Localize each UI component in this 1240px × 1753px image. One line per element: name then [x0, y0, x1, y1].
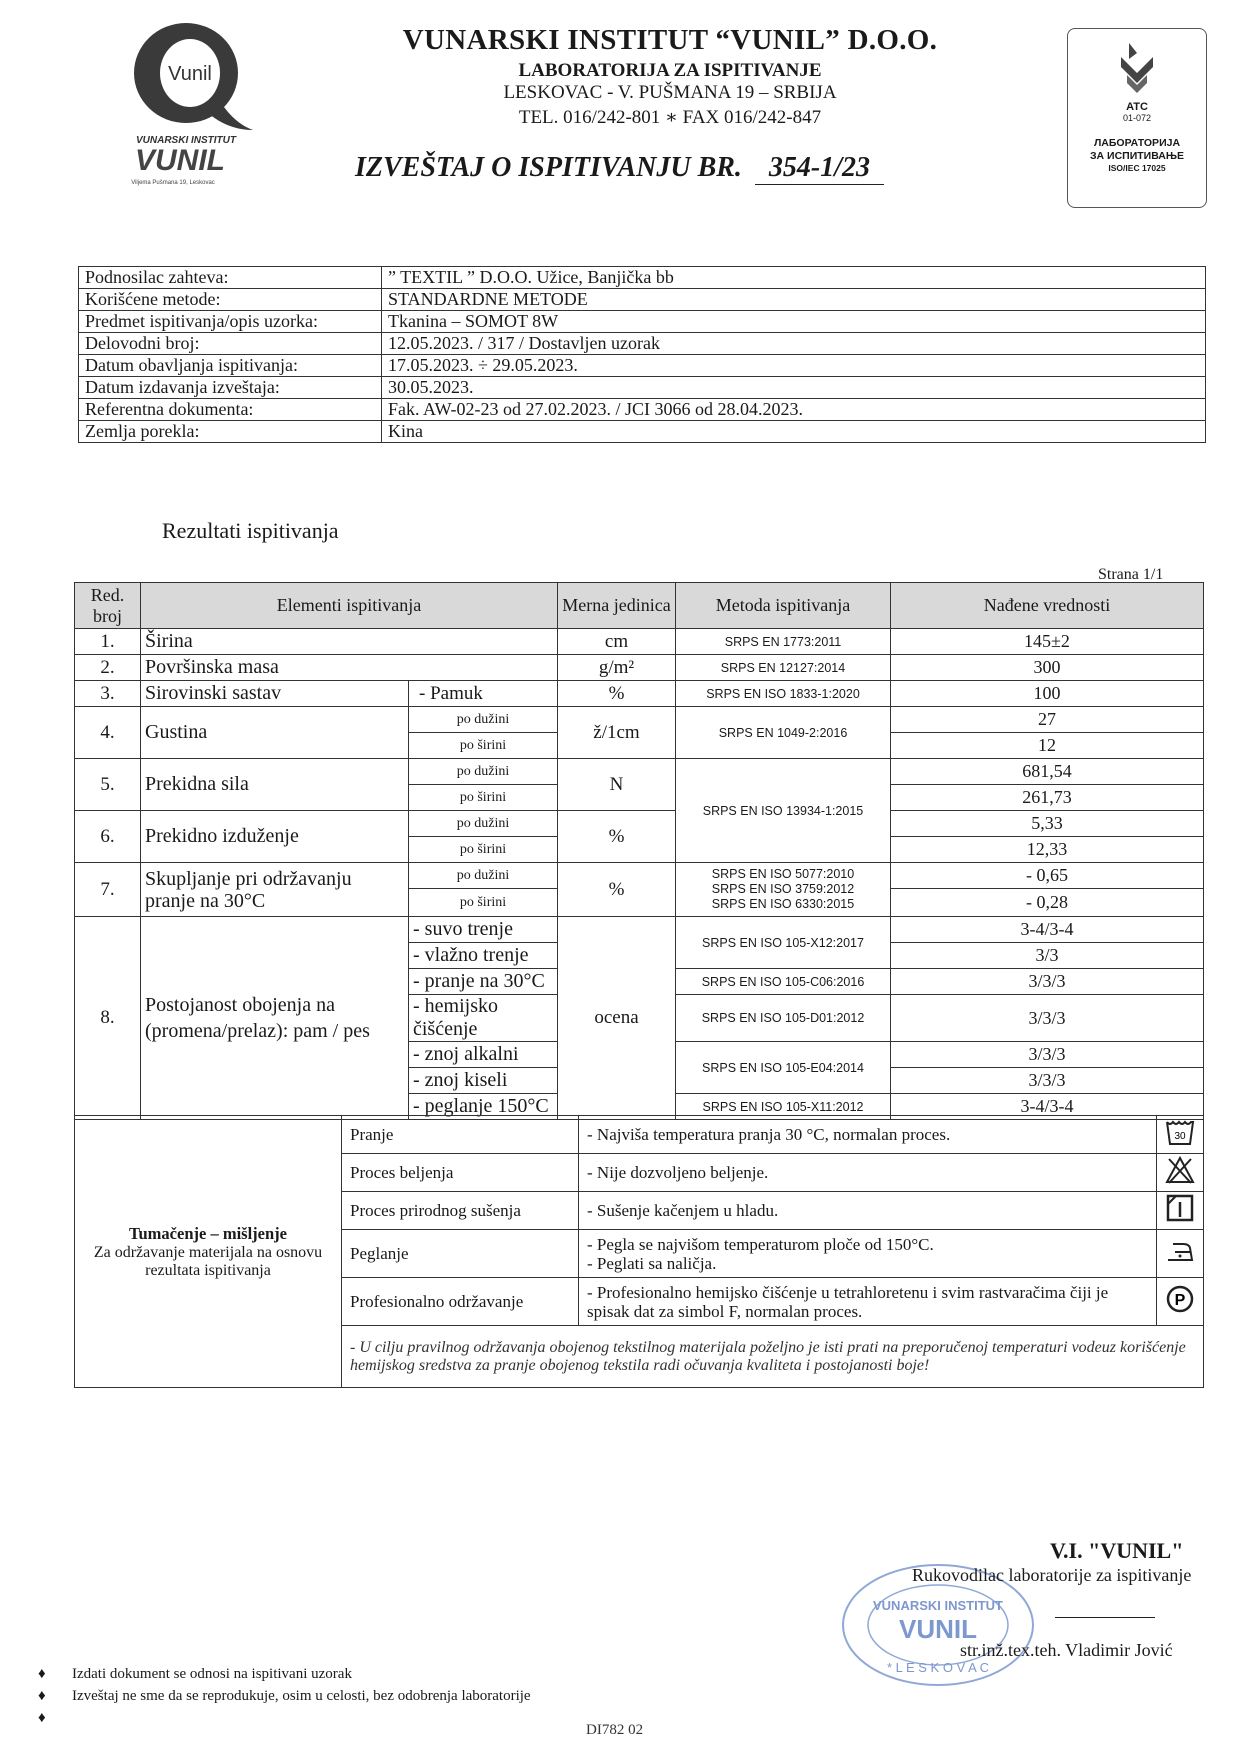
atc-logo-icon [1107, 39, 1167, 99]
info-row: Predmet ispitivanja/opis uzorka:Tkanina … [79, 311, 1206, 333]
info-key: Delovodni broj: [79, 333, 382, 355]
report-title-label: IZVEŠTAJ O ISPITIVANJU BR. [355, 152, 742, 183]
vunil-logo: Vunil VUNARSKI INSTITUT VUNIL Viljema Pu… [118, 18, 268, 188]
header-value: Nađene vrednosti [891, 583, 1204, 629]
table-row: 8. Postojanost obojenja na (promena/prel… [75, 917, 1204, 943]
info-key: Datum izdavanja izveštaja: [79, 377, 382, 399]
info-value: 30.05.2023. [382, 377, 1206, 399]
document-id: DI782 02 [586, 1722, 643, 1739]
results-header-row: Red. broj Elementi ispitivanja Merna jed… [75, 583, 1204, 629]
report-number: 354-1/23 [755, 152, 884, 185]
table-row: 5. Prekidna sila po dužini N SRPS EN ISO… [75, 759, 1204, 785]
info-value: Tkanina – SOMOT 8W [382, 311, 1206, 333]
table-row: 2. Površinska masa g/m² SRPS EN 12127:20… [75, 655, 1204, 681]
svg-text:P: P [1175, 1292, 1186, 1309]
no-bleach-icon [1165, 1155, 1195, 1185]
atc-line1: ЛАБОРАТОРИЈА [1068, 137, 1206, 150]
results-table: Red. broj Elementi ispitivanja Merna jed… [74, 582, 1204, 1120]
table-row: 7. Skupljanje pri održavanju pranje na 3… [75, 863, 1204, 889]
info-row: Datum obavljanja ispitivanja:17.05.2023.… [79, 355, 1206, 377]
info-value: 17.05.2023. ÷ 29.05.2023. [382, 355, 1206, 377]
info-value: ” TEXTIL ” D.O.O. Užice, Banjička bb [382, 267, 1206, 289]
info-row: Podnosilac zahteva:” TEXTIL ” D.O.O. Uži… [79, 267, 1206, 289]
info-key: Zemlja porekla: [79, 421, 382, 443]
atc-iso: ISO/IEC 17025 [1068, 163, 1206, 173]
header-method: Metoda ispitivanja [676, 583, 891, 629]
laboratory-name: LABORATORIJA ZA ISPITIVANJE [380, 60, 960, 82]
info-row: Korišćene metode:STANDARDNE METODE [79, 289, 1206, 311]
atc-line2: ЗА ИСПИТИВАЊЕ [1068, 150, 1206, 163]
signature-organization: V.I. "VUNIL" [1050, 1538, 1183, 1564]
care-note: - U cilju pravilnog održavanja obojenog … [342, 1326, 1204, 1388]
info-value: Kina [382, 421, 1206, 443]
table-row: 4. Gustina po dužini ž/1cm SRPS EN 1049-… [75, 707, 1204, 733]
footer-note-1: ♦Izdati dokument se odnosi na ispitivani… [38, 1666, 352, 1683]
footer-note-2: ♦Izveštaj ne sme da se reprodukuje, osim… [38, 1688, 531, 1705]
info-row: Datum izdavanja izveštaja:30.05.2023. [79, 377, 1206, 399]
info-row: Zemlja porekla:Kina [79, 421, 1206, 443]
footer-note-3: ♦ [38, 1710, 72, 1727]
svg-text:VUNIL: VUNIL [135, 144, 225, 177]
table-row: 6. Prekidno izduženje po dužini % 5,33 [75, 811, 1204, 837]
address: LESKOVAC - V. PUŠMANA 19 – SRBIJA [380, 82, 960, 104]
info-value: Fak. AW-02-23 od 27.02.2023. / JCI 3066 … [382, 399, 1206, 421]
header-unit: Merna jedinica [558, 583, 676, 629]
info-value: STANDARDNE METODE [382, 289, 1206, 311]
interpretation-table: Tumačenje – mišljenje Za održavanje mate… [74, 1115, 1204, 1388]
header-element: Elementi ispitivanja [141, 583, 558, 629]
results-title: Rezultati ispitivanja [162, 518, 339, 544]
line-dry-shade-icon [1165, 1193, 1195, 1223]
iron-low-icon [1165, 1236, 1195, 1266]
info-row: Delovodni broj:12.05.2023. / 317 / Dosta… [79, 333, 1206, 355]
wash-30-icon: 30 [1165, 1117, 1195, 1147]
info-value: 12.05.2023. / 317 / Dostavljen uzorak [382, 333, 1206, 355]
info-key: Referentna dokumenta: [79, 399, 382, 421]
signature-line [1055, 1617, 1155, 1618]
atc-code: 01-072 [1068, 113, 1206, 123]
dry-clean-p-icon: P [1165, 1284, 1195, 1314]
phone-fax: TEL. 016/242-801 ∗ FAX 016/242-847 [380, 106, 960, 129]
info-row: Referentna dokumenta:Fak. AW-02-23 od 27… [79, 399, 1206, 421]
institute-name: VUNARSKI INSTITUT “VUNIL” D.O.O. [380, 24, 960, 57]
report-info-table: Podnosilac zahteva:” TEXTIL ” D.O.O. Uži… [78, 266, 1206, 443]
report-title: IZVEŠTAJ O ISPITIVANJU BR. 354-1/23 [355, 152, 955, 185]
info-key: Datum obavljanja ispitivanja: [79, 355, 382, 377]
table-row: 3. Sirovinski sastav - Pamuk % SRPS EN I… [75, 681, 1204, 707]
accreditation-badge: ATC 01-072 ЛАБОРАТОРИЈА ЗА ИСПИТИВАЊЕ IS… [1067, 28, 1207, 208]
signature-role: Rukovodilac laboratorije za ispitivanje [912, 1565, 1191, 1586]
svg-text:30: 30 [1174, 1131, 1186, 1142]
info-key: Predmet ispitivanja/opis uzorka: [79, 311, 382, 333]
info-key: Korišćene metode: [79, 289, 382, 311]
svg-text:* L E S K O V A C: * L E S K O V A C [887, 1660, 989, 1675]
header-no: Red. broj [75, 583, 141, 629]
info-key: Podnosilac zahteva: [79, 267, 382, 289]
table-row: 1. Širina cm SRPS EN 1773:2011 145±2 [75, 629, 1204, 655]
svg-text:Viljema Pušmana 19, Leskovac: Viljema Pušmana 19, Leskovac [131, 180, 215, 186]
atc-label: ATC [1068, 101, 1206, 113]
svg-text:Vunil: Vunil [168, 63, 212, 85]
svg-text:VUNARSKI INSTITUT: VUNARSKI INSTITUT [873, 1598, 1003, 1613]
signature-name: str.inž.tex.teh. Vladimir Jović [960, 1640, 1173, 1661]
interpretation-heading: Tumačenje – mišljenje Za održavanje mate… [75, 1116, 342, 1388]
